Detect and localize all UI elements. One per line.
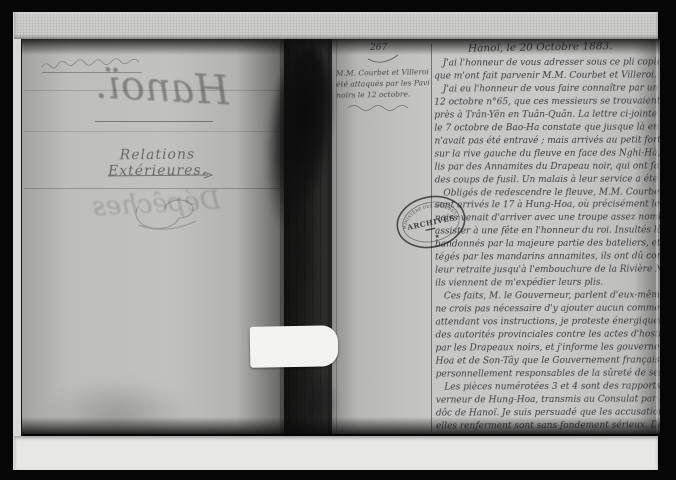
margin-note-line: noirs le 12 octobre. — [336, 88, 430, 101]
letter-line: que m'ont fait parvenir M.M. Courbet et … — [434, 69, 659, 83]
letter-line: 12 octobre n°65, que ces messieurs se tr… — [434, 95, 659, 109]
letter-line: par les Drapeaux noirs, et j'informe les… — [436, 341, 660, 355]
flourish-swirl — [130, 187, 200, 231]
film-band-top — [14, 12, 658, 39]
letter-line: le 7 octobre de Bao-Ha constate que jusq… — [434, 121, 659, 135]
ink-blotch — [284, 189, 318, 309]
letter-line: Obligés de redescendre le fleuve, M.M. C… — [435, 186, 660, 200]
white-paper-tab — [250, 325, 339, 368]
letter-line: des coups de fusil. Un malais à leur ser… — [435, 173, 660, 187]
crease-line — [24, 131, 282, 132]
microfilm-scan-viewport: { "left_page": { "title": "Hanoï.", "sub… — [0, 0, 676, 480]
letter-body: J'ai l'honneur de vous adresser sous ce … — [434, 56, 660, 433]
letter-line: près à Trân-Yên en Tuân-Quân. La lettre … — [434, 108, 659, 122]
film-band-bottom — [14, 436, 658, 470]
margin-note-line: été attaqués par les Pavillons — [336, 77, 430, 90]
subtitle-underline-arrow — [106, 171, 218, 181]
letter-line: Hoa et de Son-Tây que le Gouvernement fr… — [436, 354, 660, 368]
letter-line: J'ai l'honneur de vous adresser sous ce … — [434, 56, 659, 70]
letter-line: sont arrivés le 17 à Hung-Hoa, où précis… — [435, 199, 660, 213]
title-underline — [95, 121, 213, 122]
letter-line: attendant vos instructions, je proteste … — [435, 315, 660, 329]
page-edge-highlight — [656, 41, 658, 433]
page-top-shadow — [22, 39, 660, 55]
letter-line: J'ai eu l'honneur de vous faire connaîtr… — [434, 82, 659, 96]
film-edge-strip — [13, 12, 21, 470]
letter-line: leur retraite jusqu'à l'embouchure de la… — [435, 264, 660, 278]
page-spread: Hanoï. Relations Extérieures. Dépêches 2… — [22, 39, 660, 434]
letter-line: tégés par les mandarins annamites, ils o… — [435, 251, 660, 265]
letter-line: sur la rive gauche du fleuve en face des… — [434, 147, 659, 161]
left-page: Hanoï. Relations Extérieures. Dépêches — [22, 39, 284, 434]
letter-line: verneur de Hung-Hoa, transmis au Consula… — [436, 393, 660, 407]
letter-line: personnellement responsables de la sûret… — [436, 367, 660, 381]
letter-line: des autorités provinciales contre les ac… — [435, 328, 660, 342]
page-bottom-shadow — [22, 417, 660, 434]
letter-line: Les pièces numérotées 3 et 4 sont des ra… — [436, 380, 660, 394]
stamp-star-icon: ★ — [434, 233, 441, 241]
letter-line: n'avait pas été entravé ; mais arrivés a… — [434, 134, 659, 148]
margin-note-flourish — [346, 103, 416, 113]
letter-line: Ces faits, M. le Gouverneur, parlent d'e… — [435, 290, 660, 304]
letter-line: ne crois pas nécessaire d'y ajouter aucu… — [435, 303, 660, 317]
letter-line: lis par des Annamites du Drapeau noir, q… — [435, 160, 660, 174]
letter-line: ils viennent de m'expédier leurs plis. — [435, 277, 660, 291]
margin-note: M.M. Courbet et Villeroi ontété attaqués… — [336, 66, 431, 101]
cover-title-bleedthrough: Hanoï. — [79, 61, 246, 116]
